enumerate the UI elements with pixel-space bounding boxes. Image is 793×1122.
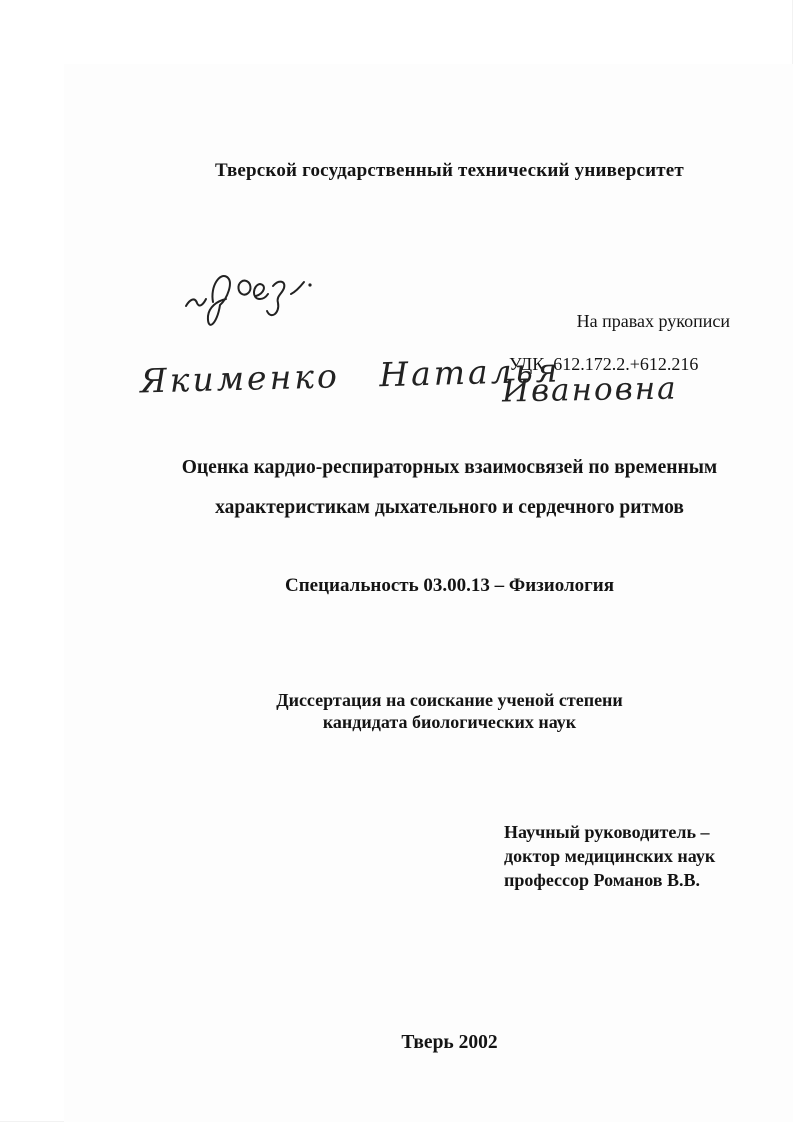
dissertation-type: Диссертация на соискание ученой степени … bbox=[108, 689, 791, 733]
handwritten-author-patronymic: Ивановна bbox=[502, 370, 678, 409]
signature-scribble-icon bbox=[180, 260, 325, 328]
supervisor-line3: профессор Романов В.В. bbox=[504, 868, 715, 892]
city-year: Тверь 2002 bbox=[108, 1032, 791, 1054]
dissertation-title-line1: Оценка кардио-респираторных взаимосвязей… bbox=[108, 448, 791, 488]
supervisor-block: Научный руководитель – доктор медицински… bbox=[504, 820, 715, 892]
dissertation-type-line2: кандидата биологических наук bbox=[108, 711, 791, 733]
handwritten-author-name: Якименко Наталья bbox=[140, 351, 561, 401]
dissertation-title: Оценка кардио-респираторных взаимосвязей… bbox=[108, 448, 791, 528]
supervisor-line1: Научный руководитель – bbox=[504, 820, 715, 844]
handwritten-signature bbox=[180, 260, 325, 328]
manuscript-rights-note: На правах рукописи bbox=[577, 311, 730, 332]
dissertation-type-line1: Диссертация на соискание ученой степени bbox=[108, 689, 791, 711]
supervisor-line2: доктор медицинских наук bbox=[504, 844, 715, 868]
dissertation-title-line2: характеристикам дыхательного и сердечног… bbox=[108, 488, 791, 528]
dissertation-title-page: Тверской государственный технический уни… bbox=[0, 0, 793, 1122]
university-name: Тверской государственный технический уни… bbox=[108, 160, 791, 182]
specialty-line: Специальность 03.00.13 – Физиология bbox=[108, 575, 791, 597]
